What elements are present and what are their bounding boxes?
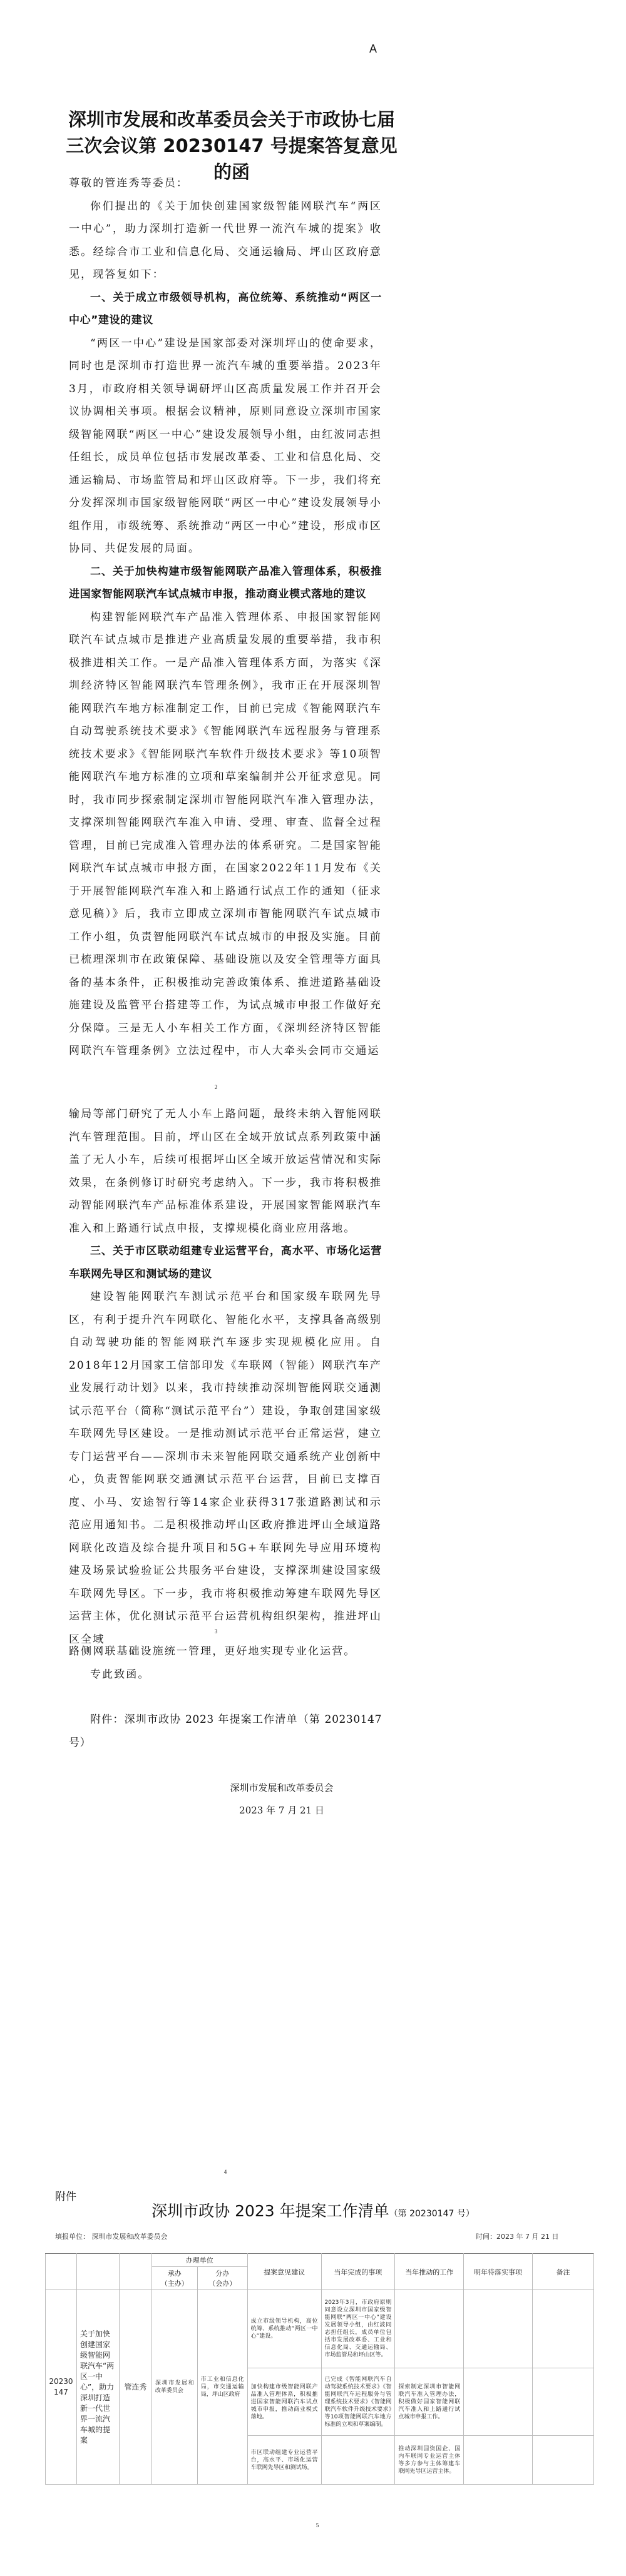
next-year-items — [464, 2436, 533, 2485]
intro-paragraph: 你们提出的《关于加快创建国家级智能网联汽车“两区一中心”，助力深圳打造新一代世界… — [69, 195, 382, 287]
remarks — [533, 2368, 594, 2436]
filing-unit-value: 深圳市发展和改革委员会 — [92, 2233, 168, 2241]
section-1-heading: 一、关于成立市级领导机构，高位统筹、系统推动“两区一中心”建设的建议 — [69, 287, 382, 332]
header-remarks: 备注 — [533, 2254, 594, 2290]
header-in-progress: 当年推动的工作 — [395, 2254, 464, 2290]
annex-title-main: 深圳市政协 2023 年提案工作清单 — [151, 2202, 389, 2220]
in-progress-work: 推动深圳国资国企、国内车联网专业运营主体等多方参与主体筹建车联网先导区运营主体。 — [395, 2436, 464, 2485]
in-progress-work — [395, 2290, 464, 2368]
section-3-heading: 三、关于市区联动组建专业运营平台，高水平、市场化运营车联网先导区和测试场的建议 — [69, 1240, 382, 1285]
page-number: 4 — [219, 2169, 232, 2175]
signature-date: 2023 年 7 月 21 日 — [63, 1799, 501, 1822]
filing-time-label: 时间： — [476, 2233, 496, 2241]
proposer: 管连秀 — [119, 2290, 151, 2485]
section-2-heading: 二、关于加快构建市级智能网联产品准入管理体系，积极推进国家智能网联汽车试点城市申… — [69, 560, 382, 606]
filing-time-value: 2023 年 7 月 21 日 — [496, 2233, 558, 2241]
next-year-items — [464, 2290, 533, 2368]
header-proposer — [119, 2254, 151, 2290]
page-number: 5 — [311, 2522, 324, 2528]
section-3-body-part1: 建设智能网联汽车测试示范平台和国家级车联网先导区，有利于提升汽车网联化、智能化水… — [69, 1285, 382, 1651]
page-number: 2 — [210, 1084, 222, 1090]
completed-items — [321, 2436, 395, 2485]
proposal-number: 20230147 — [46, 2290, 77, 2485]
header-handling-unit: 办理单位 — [151, 2254, 247, 2267]
signature-org: 深圳市发展和改革委员会 — [63, 1777, 501, 1799]
header-lead-unit: 承办 （主办） — [151, 2267, 197, 2290]
header-proposal-title — [76, 2254, 119, 2290]
filing-time: 时间：2023 年 7 月 21 日 — [476, 2231, 558, 2241]
completed-items: 2023年3月，市政府原则同意设立深圳市国家级智能网联“两区一中心”建设发展领导… — [321, 2290, 395, 2368]
closing: 专此致函。 — [69, 1663, 382, 1686]
filing-unit-label: 填报单位： — [55, 2233, 90, 2241]
section-2-body-part1: 构建智能网联汽车产品准入管理体系、申报国家智能网联汽车试点城市是推进产业高质量发… — [69, 606, 382, 1063]
proposal-title: 关于加快创建国家级智能网联汽车“两区一中心”，助力深圳打造新一代世界一流汽车城的… — [76, 2290, 119, 2485]
assist-units: 市工业和信息化局，市交通运输局，坪山区政府 — [197, 2290, 247, 2485]
letter-body-page2: 输局等部门研究了无人小车上路问题，最终未纳入智能网联汽车管理范围。目前，坪山区在… — [69, 1103, 382, 1651]
table-row: 20230147 关于加快创建国家级智能网联汽车“两区一中心”，助力深圳打造新一… — [46, 2290, 594, 2368]
header-row-1: 办理单位 提案意见建议 当年完成的事项 当年推动的工作 明年待落实事项 备注 — [46, 2254, 594, 2267]
suggestion: 市区联动组建专业运营平台，高水平、市场化运营车联网先导区和测试场。 — [247, 2436, 321, 2485]
annex-title-suffix: （第 20230147 号） — [389, 2209, 475, 2219]
salutation: 尊敬的管连秀等委员： — [69, 172, 382, 195]
remarks — [533, 2290, 594, 2368]
page-number: 3 — [210, 1628, 222, 1635]
header-completed: 当年完成的事项 — [321, 2254, 395, 2290]
section-2-body-part2: 输局等部门研究了无人小车上路问题，最终未纳入智能网联汽车管理范围。目前，坪山区在… — [69, 1103, 382, 1240]
header-suggestion: 提案意见建议 — [247, 2254, 321, 2290]
in-progress-work: 探索制定深圳市智能网联汽车准入管理办法，积极做好国家智能网联汽车准入和上路通行试… — [395, 2368, 464, 2436]
page-mark: A — [369, 43, 377, 56]
remarks — [533, 2436, 594, 2485]
section-1-body: “两区一中心”建设是国家部委对深圳坪山的使命要求，同时也是深圳市打造世界一流汽车… — [69, 332, 382, 560]
completed-items: 已完成《智能网联汽车自动驾驶系统技术要求》《智能网联汽车远程服务与管理系统技术要… — [321, 2368, 395, 2436]
filing-unit: 填报单位： 深圳市发展和改革委员会 — [55, 2231, 168, 2241]
suggestion: 加快构建市级智能网联产品准入管理体系，积极推进国家智能网联汽车试点城市申报，推动… — [247, 2368, 321, 2436]
letter-body-page3: 路侧网联基础设施统一管理，更好地实现专业化运营。 专此致函。 附件：深圳市政协 … — [69, 1640, 382, 1754]
suggestion: 成立市级领导机构，高位统筹、系统推动“两区一中心”建设。 — [247, 2290, 321, 2368]
next-year-items — [464, 2368, 533, 2436]
section-3-body-part2: 路侧网联基础设施统一管理，更好地实现专业化运营。 — [69, 1640, 382, 1663]
header-assist-unit: 分办 （会办） — [197, 2267, 247, 2290]
letter-body-page1: 尊敬的管连秀等委员： 你们提出的《关于加快创建国家级智能网联汽车“两区一中心”，… — [69, 172, 382, 1063]
header-proposal-no — [46, 2254, 77, 2290]
lead-unit: 深圳市发展和改革委员会 — [151, 2290, 197, 2485]
proposal-worklist-table: 办理单位 提案意见建议 当年完成的事项 当年推动的工作 明年待落实事项 备注 承… — [45, 2253, 594, 2485]
header-next-year: 明年待落实事项 — [464, 2254, 533, 2290]
attachment-reference: 附件：深圳市政协 2023 年提案工作清单（第 20230147 号） — [69, 1708, 382, 1754]
annex-title: 深圳市政协 2023 年提案工作清单（第 20230147 号） — [63, 2199, 563, 2221]
